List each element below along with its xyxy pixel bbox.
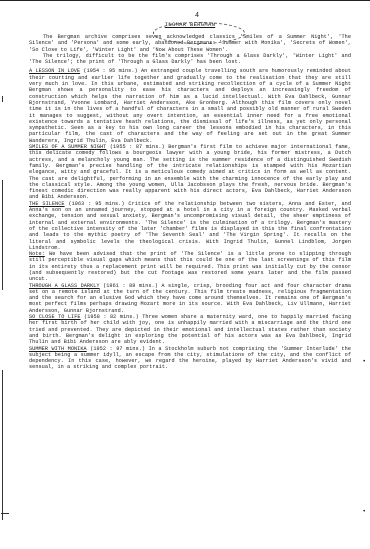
margin-mark bbox=[2, 96, 3, 102]
film-title: A LESSON IN LOVE bbox=[29, 68, 80, 74]
note-text: We have been advised that the print of '… bbox=[29, 251, 351, 282]
film-description: An estranged couple travelling south are… bbox=[29, 68, 351, 143]
heading-circle-annotation bbox=[153, 22, 245, 44]
margin-dot: • bbox=[362, 358, 366, 365]
film-meta: (1961 : 89 mins.) bbox=[103, 283, 158, 289]
film-entry: THROUGH A GLASS DARKLY (1961 : 89 mins.)… bbox=[29, 283, 351, 314]
film-title: THROUGH A GLASS DARKLY bbox=[29, 283, 100, 289]
film-meta: (1963 : 95 mins.) bbox=[68, 201, 124, 207]
film-description: Critics of the relationship between two … bbox=[29, 201, 351, 251]
film-entry: SO CLOSE TO LIFE (1958 : 82 mins.) Three… bbox=[29, 314, 351, 345]
film-meta: (1954 : 95 mins.) bbox=[83, 68, 137, 74]
film-title: SMILES OF A SUMMER NIGHT bbox=[29, 144, 106, 150]
margin-mark bbox=[2, 180, 3, 290]
film-meta: (1952 : 97 mins.) bbox=[90, 346, 145, 352]
film-title: SUMMER WITH MONIKA bbox=[29, 346, 87, 352]
intro-paragraph: The trilogy, difficult to be the film's … bbox=[29, 53, 351, 66]
document-page: 4 INGMAR BERGMAN The Bergman archive com… bbox=[29, 12, 351, 371]
page-number: 4 bbox=[43, 12, 351, 20]
film-entry: THE SILENCE (1963 : 95 mins.) Critics of… bbox=[29, 201, 351, 251]
margin-dot: • bbox=[362, 508, 366, 515]
margin-mark bbox=[2, 370, 3, 520]
film-title: THE SILENCE bbox=[29, 201, 65, 207]
note-paragraph: Note: We have been advised that the prin… bbox=[29, 251, 351, 282]
film-entry: A LESSON IN LOVE (1954 : 95 mins.) An es… bbox=[29, 68, 351, 144]
film-meta: (1955 : 87 mins.) bbox=[110, 144, 165, 150]
margin-mark bbox=[1, 513, 9, 514]
note-label: Note: bbox=[29, 251, 45, 257]
film-title: SO CLOSE TO LIFE bbox=[29, 314, 81, 320]
film-entry: SUMMER WITH MONIKA (1952 : 97 mins.) In … bbox=[29, 346, 351, 371]
page-border-top bbox=[0, 0, 370, 1]
film-description: Bergman's first film to achieve major in… bbox=[29, 144, 351, 200]
film-entry: SMILES OF A SUMMER NIGHT (1955 : 87 mins… bbox=[29, 144, 351, 201]
film-meta: (1958 : 82 mins.) bbox=[84, 314, 139, 320]
